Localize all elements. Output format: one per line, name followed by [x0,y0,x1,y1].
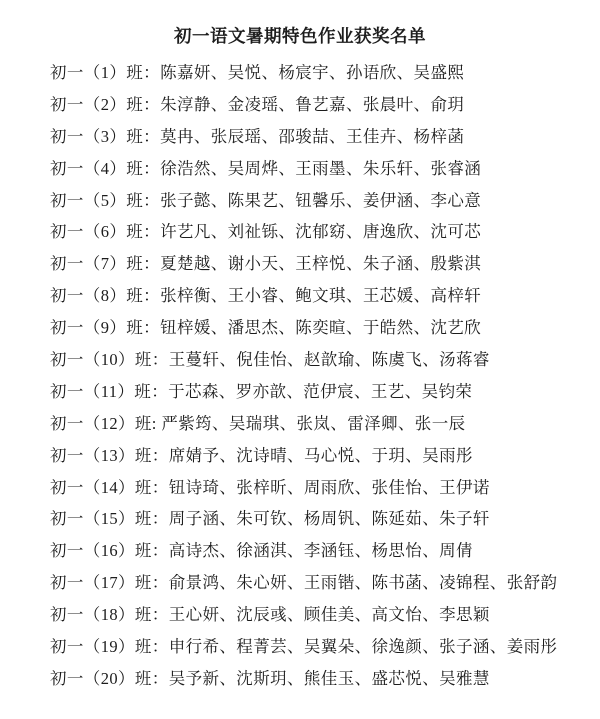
winner-names: 周子涵、朱可钦、杨周钒、陈延茹、朱子轩 [169,509,490,528]
class-label: 初一（19）班： [50,637,169,656]
winner-names: 俞景鸿、朱心妍、王雨锴、陈书菡、凌锦程、张舒韵 [169,573,558,592]
class-row: 初一（17）班：俞景鸿、朱心妍、王雨锴、陈书菡、凌锦程、张舒韵 [50,567,580,599]
class-label: 初一（14）班： [50,478,169,497]
class-row: 初一（8）班：张梓衡、王小睿、鲍文琪、王芯媛、高梓轩 [50,280,580,312]
class-row: 初一（14）班：钮诗琦、张梓昕、周雨欣、张佳怡、王伊诺 [50,472,580,504]
class-label: 初一（7）班： [50,254,160,273]
class-label: 初一（15）班： [50,509,169,528]
winner-names: 严紫筠、吴瑞琪、张岚、雷泽卿、张一辰 [161,414,465,433]
class-row: 初一（4）班：徐浩然、吴周烨、王雨墨、朱乐轩、张睿涵 [50,153,580,185]
winner-names: 王心妍、沈辰彧、顾佳美、高文怡、李思颖 [169,605,490,624]
class-row: 初一（20）班：吴予新、沈斯玥、熊佳玉、盛芯悦、吴雅慧 [50,663,580,695]
page-title: 初一语文暑期特色作业获奖名单 [0,24,600,48]
class-label: 初一（9）班： [50,318,160,337]
class-row: 初一（9）班：钮梓媛、潘思杰、陈奕暄、于皓然、沈艺欣 [50,312,580,344]
class-label: 初一（5）班： [50,191,160,210]
winner-names: 王蔓轩、倪佳怡、赵歆瑜、陈虞飞、汤蒋睿 [169,350,490,369]
winner-names: 申行希、程菁芸、吴翼朵、徐逸颜、张子涵、姜雨彤 [169,637,558,656]
class-row: 初一（12）班: 严紫筠、吴瑞琪、张岚、雷泽卿、张一辰 [50,408,580,440]
class-label: 初一（3）班： [50,127,160,146]
winner-names: 钮梓媛、潘思杰、陈奕暄、于皓然、沈艺欣 [160,318,481,337]
class-row: 初一（1）班：陈嘉妍、吴悦、杨宸宇、孙语欣、吴盛熙 [50,57,580,89]
class-label: 初一（4）班： [50,159,160,178]
class-row: 初一（15）班：周子涵、朱可钦、杨周钒、陈延茹、朱子轩 [50,503,580,535]
class-label: 初一（16）班： [50,541,169,560]
winner-names: 于芯森、罗亦歆、范伊宸、王艺、吴钧荣 [168,382,472,401]
award-document: 初一语文暑期特色作业获奖名单 初一（1）班：陈嘉妍、吴悦、杨宸宇、孙语欣、吴盛熙… [0,0,600,719]
winner-names: 钮诗琦、张梓昕、周雨欣、张佳怡、王伊诺 [169,478,490,497]
winner-names: 许艺凡、刘祉铄、沈郁窈、唐逸欣、沈可芯 [160,222,481,241]
class-label: 初一（13）班： [50,446,169,465]
class-row: 初一（3）班：莫冉、张辰瑶、邵骏喆、王佳卉、杨梓菡 [50,121,580,153]
class-row: 初一（19）班：申行希、程菁芸、吴翼朵、徐逸颜、张子涵、姜雨彤 [50,631,580,663]
class-label: 初一（10）班： [50,350,169,369]
class-label: 初一（1）班： [50,63,160,82]
winner-names: 吴予新、沈斯玥、熊佳玉、盛芯悦、吴雅慧 [169,669,490,688]
class-row: 初一（2）班：朱淳静、金凌瑶、鲁艺嘉、张晨叶、俞玥 [50,89,580,121]
class-row: 初一（18）班：王心妍、沈辰彧、顾佳美、高文怡、李思颖 [50,599,580,631]
winner-names: 陈嘉妍、吴悦、杨宸宇、孙语欣、吴盛熙 [160,63,464,82]
class-label: 初一（8）班： [50,286,160,305]
winner-names: 夏楚越、谢小天、王梓悦、朱子涵、殷紫淇 [160,254,481,273]
class-row: 初一（13）班：席婧予、沈诗晴、马心悦、于玥、吴雨彤 [50,440,580,472]
class-label: 初一（11）班： [50,382,168,401]
winner-names: 席婧予、沈诗晴、马心悦、于玥、吴雨彤 [169,446,473,465]
winner-names: 张子懿、陈果艺、钮馨乐、姜伊涵、李心意 [160,191,481,210]
class-label: 初一（20）班： [50,669,169,688]
class-row: 初一（16）班：高诗杰、徐涵淇、李涵钰、杨思怡、周倩 [50,535,580,567]
class-label: 初一（2）班： [50,95,160,114]
class-label: 初一（6）班： [50,222,160,241]
class-label: 初一（17）班： [50,573,169,592]
winner-names: 朱淳静、金凌瑶、鲁艺嘉、张晨叶、俞玥 [160,95,464,114]
class-row: 初一（7）班：夏楚越、谢小天、王梓悦、朱子涵、殷紫淇 [50,248,580,280]
class-row: 初一（10）班：王蔓轩、倪佳怡、赵歆瑜、陈虞飞、汤蒋睿 [50,344,580,376]
class-row: 初一（5）班：张子懿、陈果艺、钮馨乐、姜伊涵、李心意 [50,185,580,217]
class-row: 初一（6）班：许艺凡、刘祉铄、沈郁窈、唐逸欣、沈可芯 [50,216,580,248]
award-list: 初一（1）班：陈嘉妍、吴悦、杨宸宇、孙语欣、吴盛熙初一（2）班：朱淳静、金凌瑶、… [0,57,600,695]
class-label: 初一（12）班: [50,414,161,433]
class-label: 初一（18）班： [50,605,169,624]
winner-names: 徐浩然、吴周烨、王雨墨、朱乐轩、张睿涵 [160,159,481,178]
winner-names: 高诗杰、徐涵淇、李涵钰、杨思怡、周倩 [169,541,473,560]
class-row: 初一（11）班：于芯森、罗亦歆、范伊宸、王艺、吴钧荣 [50,376,580,408]
winner-names: 张梓衡、王小睿、鲍文琪、王芯媛、高梓轩 [160,286,481,305]
winner-names: 莫冉、张辰瑶、邵骏喆、王佳卉、杨梓菡 [160,127,464,146]
